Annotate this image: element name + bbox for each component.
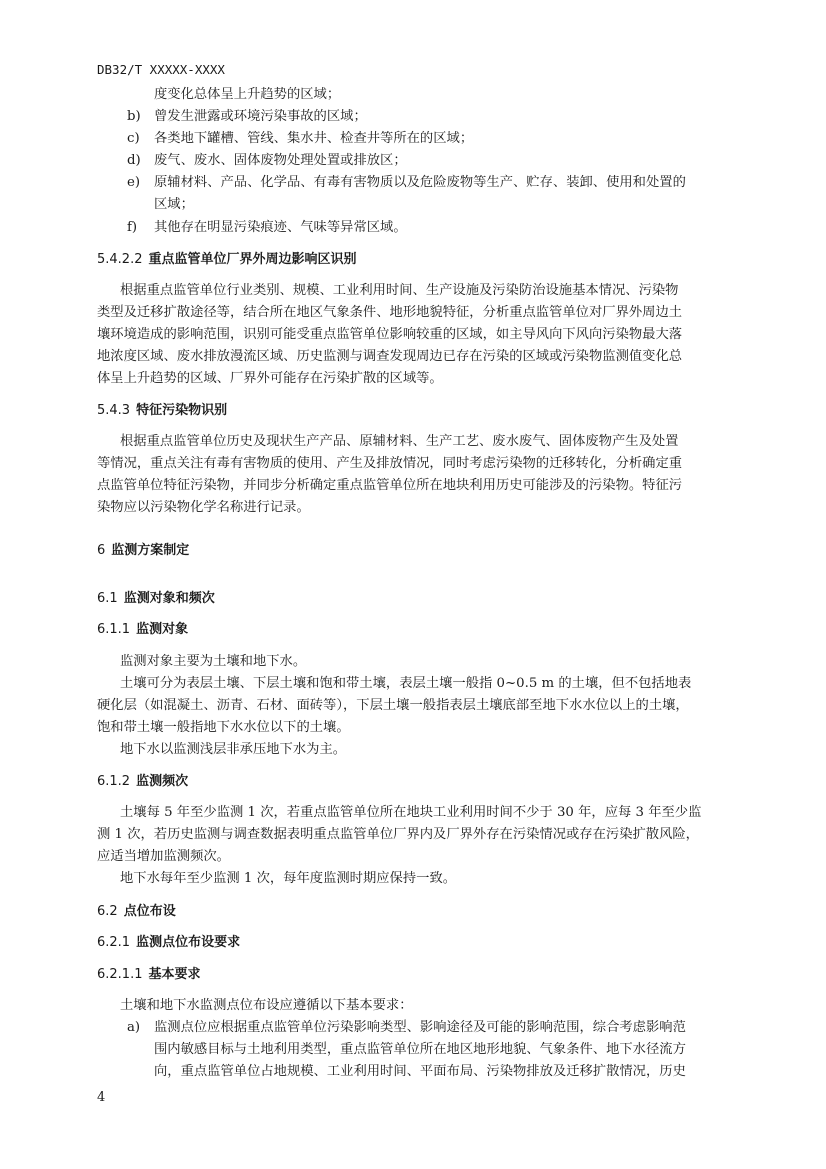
heading-number: 6.2.1.1 <box>97 967 142 982</box>
list-text: 监测点位应根据重点监管单位污染影响类型、影响途径及可能的影响范围，综合考虑影响范 <box>154 1017 686 1039</box>
list-text-cont: 围内敏感目标与土地利用类型，重点监管单位所在地区地形地貌、气象条件、地下水径流方 <box>154 1039 686 1061</box>
paragraph-line: 点监管单位特征污染物，并同步分析确定重点监管单位所在地块利用历史可能涉及的污染物… <box>97 475 682 497</box>
page-number: 4 <box>97 1090 105 1105</box>
paragraph-line: 类型及迁移扩散途径等，结合所在地区气象条件、地形地貌特征，分析重点监管单位对厂界… <box>97 302 682 324</box>
paragraph-line: 应适当增加监测频次。 <box>97 846 230 868</box>
paragraph-line: 测 1 次，若历史监测与调查数据表明重点监管单位厂界内及厂界外存在污染情况或存在… <box>97 824 699 846</box>
list-text-cont: 向，重点监管单位占地规模、工业利用时间、平面布局、污染物排放及迁移扩散情况，历史 <box>154 1061 686 1083</box>
heading-6-2: 6.2点位布设 <box>97 901 176 923</box>
heading-5-4-2-2: 5.4.2.2重点监管单位厂界外周边影响区识别 <box>97 249 357 271</box>
heading-number: 6 <box>97 543 105 558</box>
heading-number: 6.1.1 <box>97 622 130 637</box>
list-text: 其他存在明显污染痕迹、气味等异常区域。 <box>154 217 407 239</box>
heading-title: 监测频次 <box>136 774 188 789</box>
list-label: e) <box>127 172 140 194</box>
paragraph-line: 体呈上升趋势的区域、厂界外可能存在污染扩散的区域等。 <box>97 368 443 390</box>
heading-title: 点位布设 <box>124 904 176 919</box>
paragraph-line: 地浓度区域、废水排放漫流区域、历史监测与调查发现周边已存在污染的区域或污染物监测… <box>97 346 682 368</box>
list-text: 废气、废水、固体废物处理处置或排放区； <box>154 150 407 172</box>
heading-title: 重点监管单位厂界外周边影响区识别 <box>148 252 356 267</box>
heading-number: 5.4.2.2 <box>97 252 142 267</box>
document-code-header: DB32/T XXXXX-XXXX <box>97 62 225 77</box>
heading-title: 监测对象 <box>136 622 188 637</box>
paragraph-line: 染物应以污染物化学名称进行记录。 <box>97 497 310 519</box>
heading-6-1: 6.1监测对象和频次 <box>97 588 215 610</box>
paragraph-line: 饱和带土壤一般指地下水水位以下的土壤。 <box>97 717 350 739</box>
heading-6-1-1: 6.1.1监测对象 <box>97 619 188 641</box>
heading-number: 6.2.1 <box>97 935 130 950</box>
heading-number: 5.4.3 <box>97 403 130 418</box>
heading-5-4-3: 5.4.3特征污染物识别 <box>97 400 227 422</box>
heading-title: 监测对象和频次 <box>124 591 215 606</box>
heading-title: 基本要求 <box>148 967 200 982</box>
paragraph-line: 监测对象主要为土壤和地下水。 <box>120 651 306 673</box>
heading-6-2-1-1: 6.2.1.1基本要求 <box>97 964 201 986</box>
paragraph-line: 地下水每年至少监测 1 次，每年度监测时期应保持一致。 <box>120 868 456 890</box>
paragraph-line: 根据重点监管单位历史及现状生产产品、原辅材料、生产工艺、废水废气、固体废物产生及… <box>120 431 678 453</box>
paragraph-line: 硬化层（如混凝土、沥青、石材、面砖等），下层土壤一般指表层土壤底部至地下水水位以… <box>97 695 689 717</box>
paragraph-line: 土壤和地下水监测点位布设应遵循以下基本要求： <box>120 995 413 1017</box>
list-text: 曾发生泄露或环境污染事故的区域； <box>154 106 367 128</box>
list-continuation-line: 度变化总体呈上升趋势的区域； <box>154 84 340 106</box>
list-text: 各类地下罐槽、管线、集水井、检查井等所在的区域； <box>154 128 473 150</box>
heading-number: 6.1 <box>97 591 118 606</box>
heading-6-2-1: 6.2.1监测点位布设要求 <box>97 932 240 954</box>
heading-number: 6.2 <box>97 904 118 919</box>
list-label: f) <box>127 217 137 239</box>
list-label: a) <box>127 1017 140 1039</box>
list-text-cont: 区域； <box>154 194 194 216</box>
list-label: d) <box>127 150 141 172</box>
paragraph-line: 地下水以监测浅层非承压地下水为主。 <box>120 739 346 761</box>
list-label: b) <box>127 106 141 128</box>
paragraph-line: 等情况，重点关注有毒有害物质的使用、产生及排放情况，同时考虑污染物的迁移转化，分… <box>97 453 682 475</box>
heading-title: 监测点位布设要求 <box>136 935 240 950</box>
paragraph-line: 土壤可分为表层土壤、下层土壤和饱和带土壤，表层土壤一般指 0~0.5 m 的土壤… <box>120 673 691 695</box>
heading-6: 6监测方案制定 <box>97 540 189 562</box>
paragraph-line: 土壤每 5 年至少监测 1 次，若重点监管单位所在地块工业利用时间不少于 30 … <box>120 802 701 824</box>
list-label: c) <box>127 128 140 150</box>
list-text: 原辅材料、产品、化学品、有毒有害物质以及危险废物等生产、贮存、装卸、使用和处置的 <box>154 172 686 194</box>
heading-title: 监测方案制定 <box>111 543 189 558</box>
heading-6-1-2: 6.1.2监测频次 <box>97 771 188 793</box>
heading-number: 6.1.2 <box>97 774 130 789</box>
heading-title: 特征污染物识别 <box>136 403 227 418</box>
paragraph-line: 根据重点监管单位行业类别、规模、工业利用时间、生产设施及污染防治设施基本情况、污… <box>120 280 678 302</box>
paragraph-line: 壤环境造成的影响范围，识别可能受重点监管单位影响较重的区域，如主导风向下风向污染… <box>97 324 682 346</box>
